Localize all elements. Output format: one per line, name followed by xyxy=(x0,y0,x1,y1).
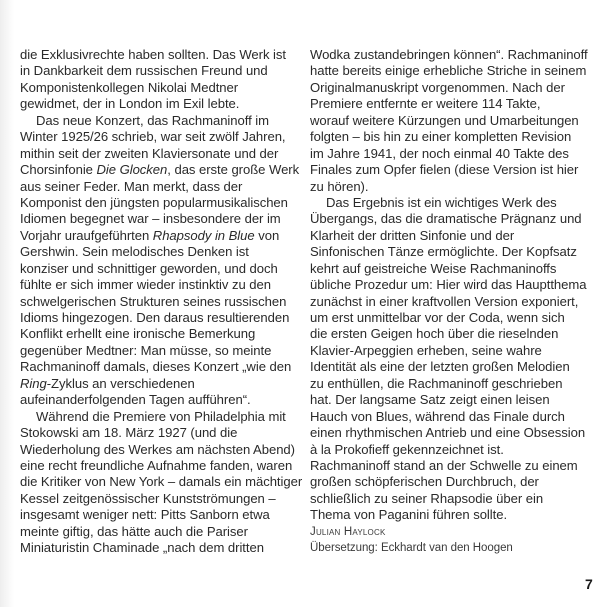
translator-credit: Übersetzung: Eckhardt van den Hoogen xyxy=(310,540,590,556)
text-run: Vorjahr uraufgeführten xyxy=(20,228,153,243)
text-line: Konflikt erhellt eine ironische Bemerkun… xyxy=(20,326,295,342)
page-number: 7 xyxy=(585,576,593,592)
text-line: Ring-Zyklus an verschiedenen xyxy=(20,376,295,392)
text-line: Idiomen begegnet war – insbesondere der … xyxy=(20,211,295,227)
paragraph-start-line: Das Ergebnis ist ein wichtiges Werk des xyxy=(310,195,590,211)
text-line: mithin seit der zweiten Klaviersonate un… xyxy=(20,146,295,162)
text-line: die ersten Geigen hoch über die rieselnd… xyxy=(310,326,590,342)
text-line: aus seiner Feder. Man merkt, dass der xyxy=(20,179,295,195)
text-line: Originalmanuskript vorgenommen. Nach der xyxy=(310,80,590,96)
text-line: Gershwin. Sein melodisches Denken ist xyxy=(20,244,295,260)
text-line: Vorjahr uraufgeführten Rhapsody in Blue … xyxy=(20,228,295,244)
text-line: konziser und schnittiger geworden, und d… xyxy=(20,261,295,277)
text-line: Rachmaninoff stand an der Schwelle zu ei… xyxy=(310,458,590,474)
paragraph-start-line: Während die Premiere von Philadelphia mi… xyxy=(20,409,295,425)
text-line: um erst unmittelbar vor der Coda, wenn s… xyxy=(310,310,590,326)
text-line: meinte giftig, das hätte auch die Parise… xyxy=(20,524,295,540)
work-title: Die Glocken xyxy=(97,162,168,177)
text-line: Winter 1925/26 schrieb, war seit zwölf J… xyxy=(20,129,295,145)
text-line: Wiederholung des Werkes am nächsten Aben… xyxy=(20,442,295,458)
text-line: Thema von Paganini führen sollte. xyxy=(310,507,590,523)
text-line: in Dankbarkeit dem russischen Freund und xyxy=(20,63,295,79)
text-line: Premiere entfernte er weitere 114 Takte, xyxy=(310,96,590,112)
text-line: Rachmaninoff damals, dieses Konzert „wie… xyxy=(20,359,295,375)
text-line: Stokowski am 18. März 1927 (und die xyxy=(20,425,295,441)
page-edge-shade xyxy=(0,0,14,607)
text-line: Chorsinfonie Die Glocken, das erste groß… xyxy=(20,162,295,178)
text-line: eine recht freundliche Aufnahme fanden, … xyxy=(20,458,295,474)
text-line: à la Prokofieff gekennzeichnet ist. xyxy=(310,442,590,458)
text-line: Sinfonischen Tänze ermöglichte. Der Kopf… xyxy=(310,244,590,260)
text-run: -Zyklus an verschiedenen xyxy=(47,376,195,391)
text-line: Klarheit der dritten Sinfonie und der xyxy=(310,228,590,244)
text-run: , das erste große Werk xyxy=(167,162,299,177)
text-line: Wodka zustandebringen können“. Rachmanin… xyxy=(310,47,590,63)
text-line: schließlich zu seiner Rhapsodie über ein xyxy=(310,491,590,507)
text-line: übliche Prozedur um: Hier wird das Haupt… xyxy=(310,277,590,293)
right-column: Wodka zustandebringen können“. Rachmanin… xyxy=(310,47,590,557)
text-line: hatte bereits einige erhebliche Striche … xyxy=(310,63,590,79)
text-line: die Kritiker von New York – damals ein m… xyxy=(20,474,295,490)
text-line: Klavier-Arpeggien erheben, seine wahre xyxy=(310,343,590,359)
text-line: zunächst in einer kraftvollen Version ex… xyxy=(310,294,590,310)
work-title: Rhapsody in Blue xyxy=(153,228,255,243)
text-line: zu enthüllen, die Rachmaninoff geschrieb… xyxy=(310,376,590,392)
text-line: zu hören). xyxy=(310,179,590,195)
text-line: kehrt auf geistreiche Weise Rachmaninoff… xyxy=(310,261,590,277)
text-line: insgesamt weniger nett: Pitts Sanborn et… xyxy=(20,507,295,523)
text-line: Kessel zeitgenössischer Kunstströmungen … xyxy=(20,491,295,507)
author-name: Julian Haylock xyxy=(310,524,590,540)
text-line: großen schöpferischen Durchbruch, der xyxy=(310,474,590,490)
text-line: fühlte er sich immer wieder instinktiv z… xyxy=(20,277,295,293)
text-line: Komponistenkollegen Nikolai Medtner xyxy=(20,80,295,96)
text-line: Identität als eine der letzten großen Me… xyxy=(310,359,590,375)
text-line: schwelgerischen Strukturen seines russis… xyxy=(20,294,295,310)
text-line: Hauch von Blues, während das Finale durc… xyxy=(310,409,590,425)
text-line: aufeinanderfolgenden Tagen aufführen“. xyxy=(20,392,295,408)
text-line: im Jahre 1941, der noch einmal 40 Takte … xyxy=(310,146,590,162)
text-run: von xyxy=(255,228,280,243)
text-line: Komponist den jüngsten popularmusikalisc… xyxy=(20,195,295,211)
text-line: Miniaturistin Chaminade „nach dem dritte… xyxy=(20,540,295,556)
text-line: hat. Der langsame Satz zeigt einen leise… xyxy=(310,392,590,408)
left-column: die Exklusivrechte haben sollten. Das We… xyxy=(20,47,295,557)
text-line: Idioms hingezogen. Den daraus resultiere… xyxy=(20,310,295,326)
text-run: Chorsinfonie xyxy=(20,162,97,177)
work-title: Ring xyxy=(20,376,47,391)
text-line: worauf weitere Kürzungen und Umarbeitung… xyxy=(310,113,590,129)
text-line: Übergangs, das die dramatische Prägnanz … xyxy=(310,211,590,227)
text-line: Finales zum Opfer fielen (diese Version … xyxy=(310,162,590,178)
text-line: gegenüber Medtner: Man müsse, so meinte xyxy=(20,343,295,359)
text-line: die Exklusivrechte haben sollten. Das We… xyxy=(20,47,295,63)
text-line: einen rhythmischen Antrieb und eine Obse… xyxy=(310,425,590,441)
paragraph-start-line: Das neue Konzert, das Rachmaninoff im xyxy=(20,113,295,129)
text-line: folgten – bis hin zu einer kompletten Re… xyxy=(310,129,590,145)
text-line: gewidmet, der in London im Exil lebte. xyxy=(20,96,295,112)
